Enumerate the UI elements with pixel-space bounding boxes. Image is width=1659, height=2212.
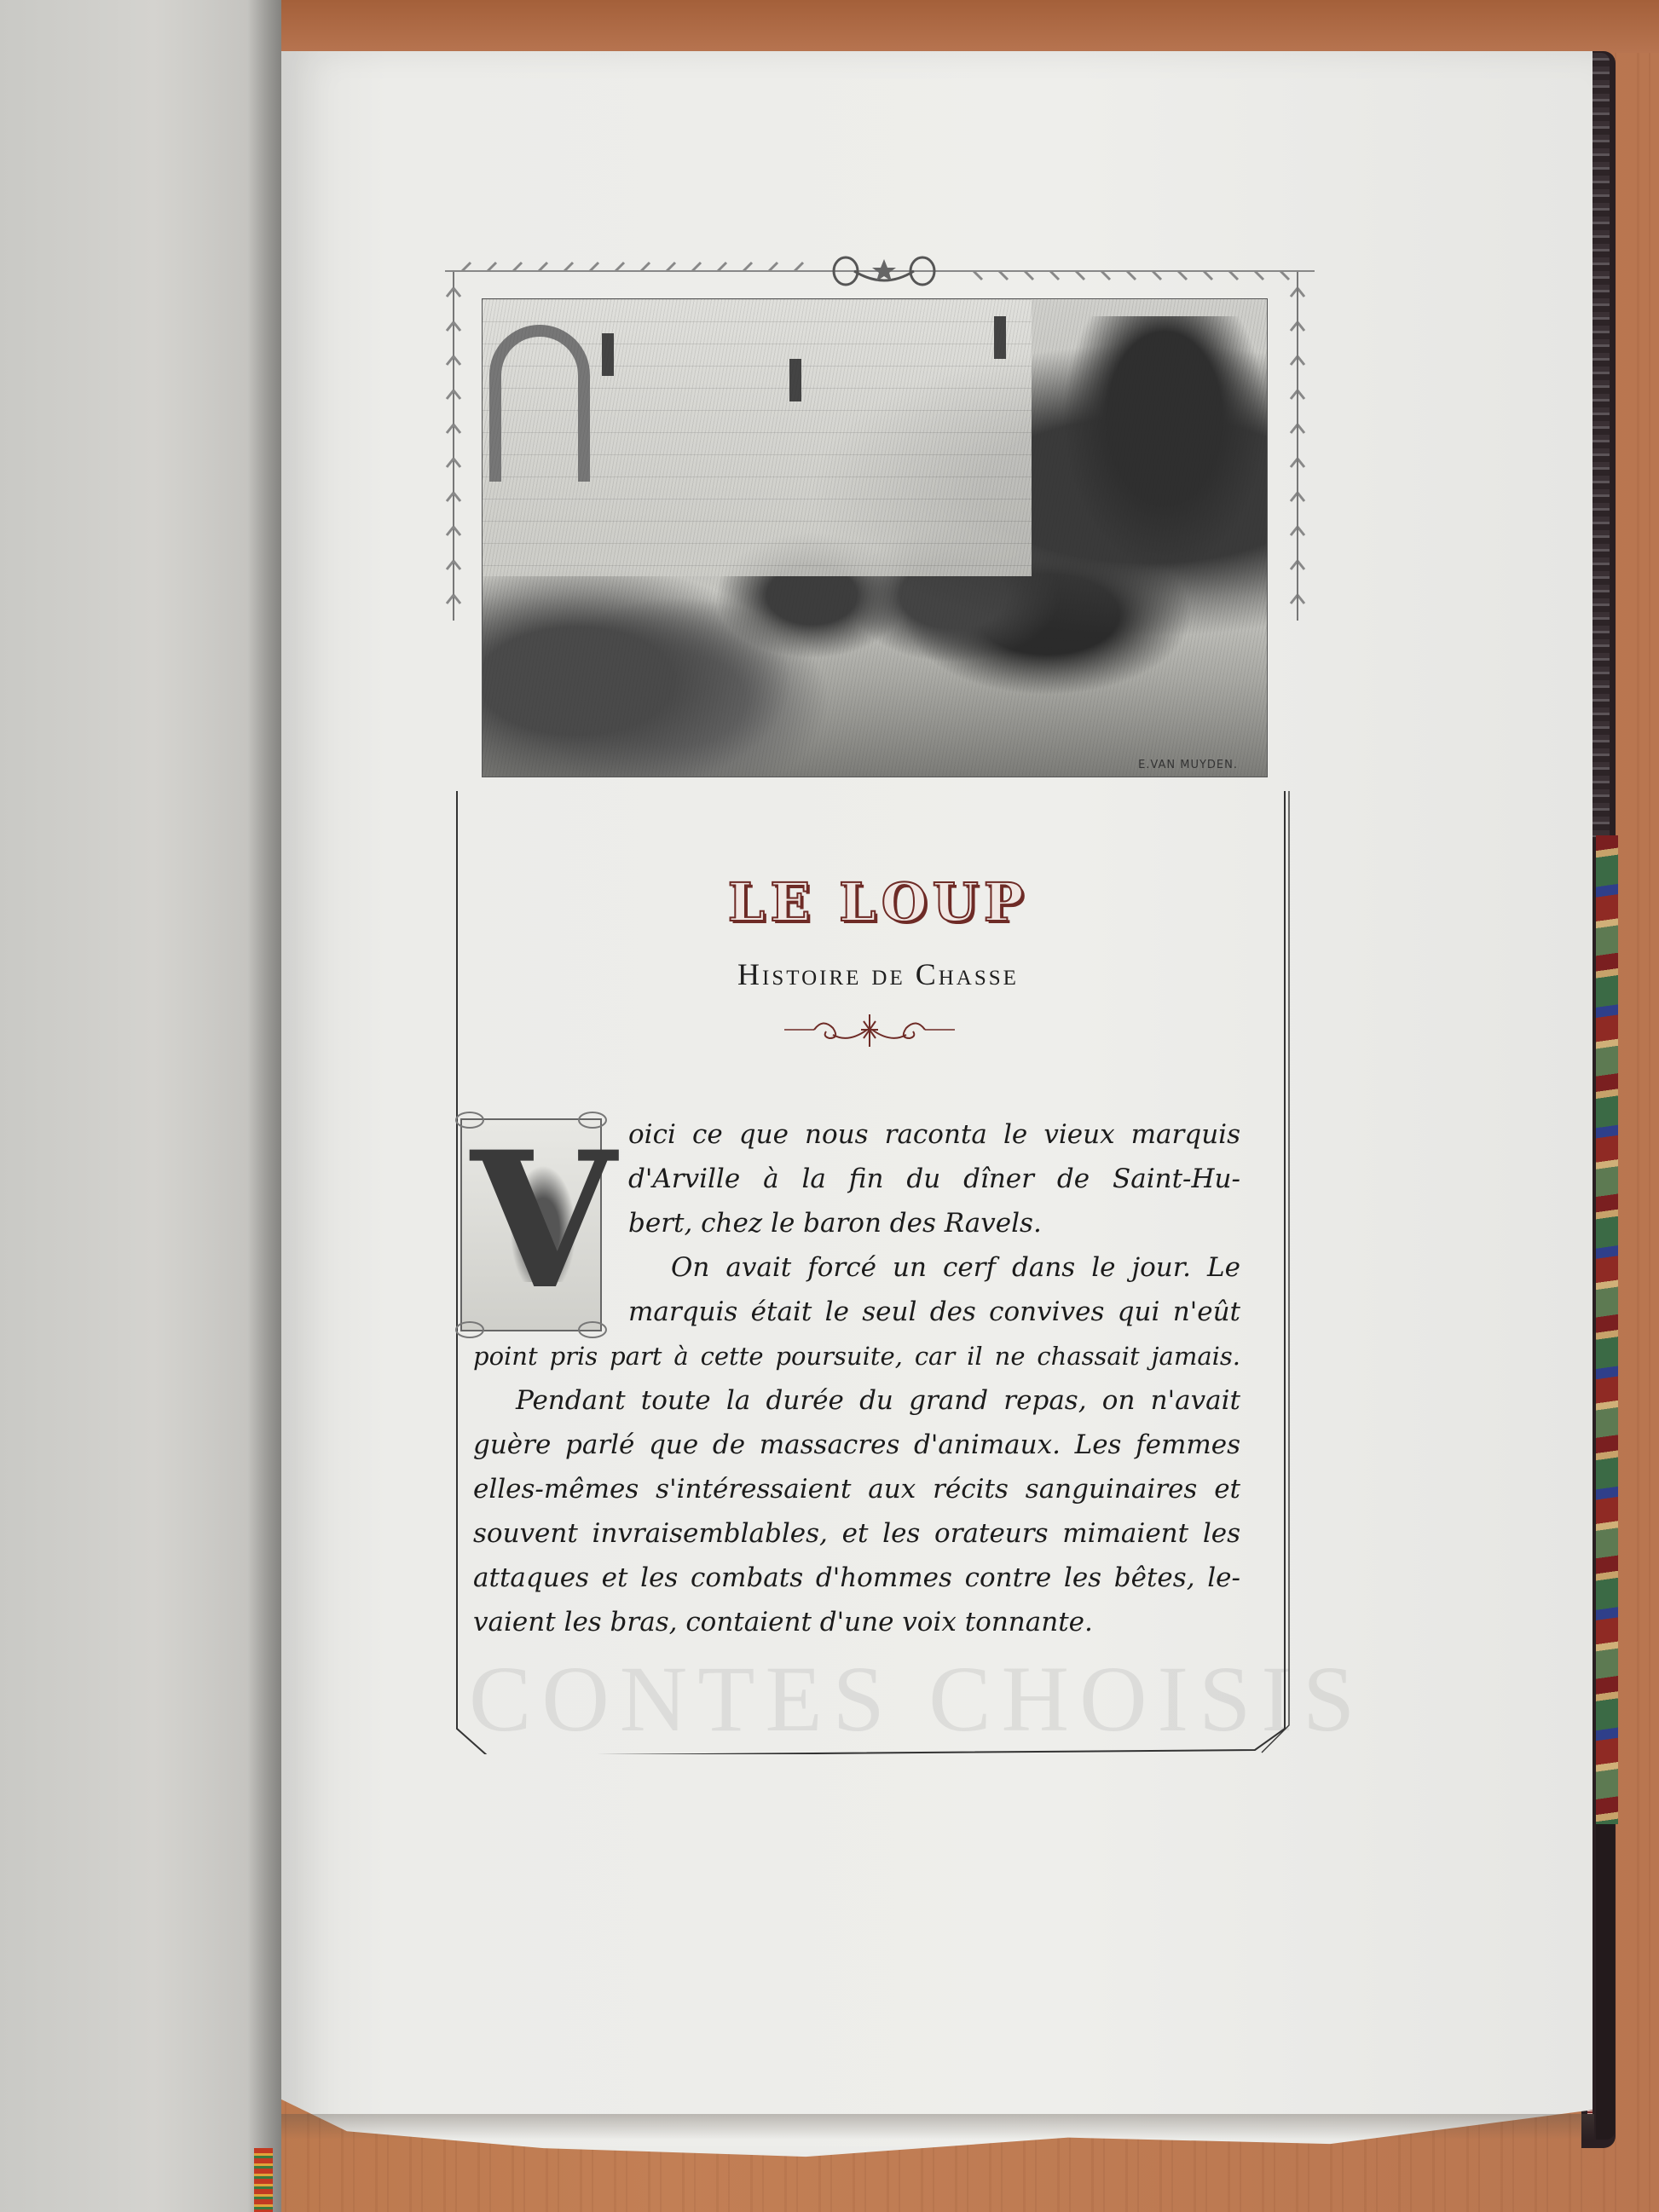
text-line: guère parlé que de massacres d'animaux. …: [473, 1423, 1240, 1467]
fleuron-ornament-icon: [780, 1013, 959, 1050]
chapter-subtitle: Histoire de Chasse: [477, 956, 1279, 992]
artist-signature: E.VAN MUYDEN.: [1138, 759, 1238, 771]
chapter-title: LE LOUP: [477, 871, 1279, 933]
text-line: d'Arville à la fin du dîner de Saint-Hu-: [473, 1157, 1240, 1201]
marbled-endpaper-edge: [1596, 835, 1618, 1824]
text-line: marquis était le seul des convives qui n…: [473, 1290, 1240, 1334]
hunting-scene-engraving: E.VAN MUYDEN.: [482, 298, 1268, 777]
table-top-strip: [281, 0, 1659, 53]
text-line: souvent invraisemblables, et les orateur…: [473, 1511, 1240, 1556]
text-line: On avait forcé un cerf dans le jour. Le: [473, 1245, 1240, 1290]
text-line: oici ce que nous raconta le vieux marqui…: [473, 1112, 1240, 1157]
leaf-garland-top: [445, 256, 1315, 290]
text-line: attaques et les combats d'hommes contre …: [473, 1556, 1240, 1600]
text-line: vaient les bras, contaient d'une voix to…: [473, 1600, 1240, 1644]
bookmark-ribbon: [254, 2148, 273, 2212]
left-facing-page: [0, 0, 281, 2212]
cover-board-bottom: [1596, 1824, 1615, 2140]
text-line: bert, chez le baron des Ravels.: [473, 1201, 1240, 1245]
engraving-hatching: [483, 299, 1267, 777]
text-line: point pris part à cette poursuite, car i…: [473, 1334, 1240, 1378]
text-line: Pendant toute la durée du grand repas, o…: [473, 1378, 1240, 1423]
text-line: elles-mêmes s'intéressaient aux récits s…: [473, 1467, 1240, 1511]
deckled-edge-shadow: [281, 2114, 1594, 2140]
chapter-body-text: oici ce que nous raconta le vieux marqui…: [473, 1112, 1240, 1644]
